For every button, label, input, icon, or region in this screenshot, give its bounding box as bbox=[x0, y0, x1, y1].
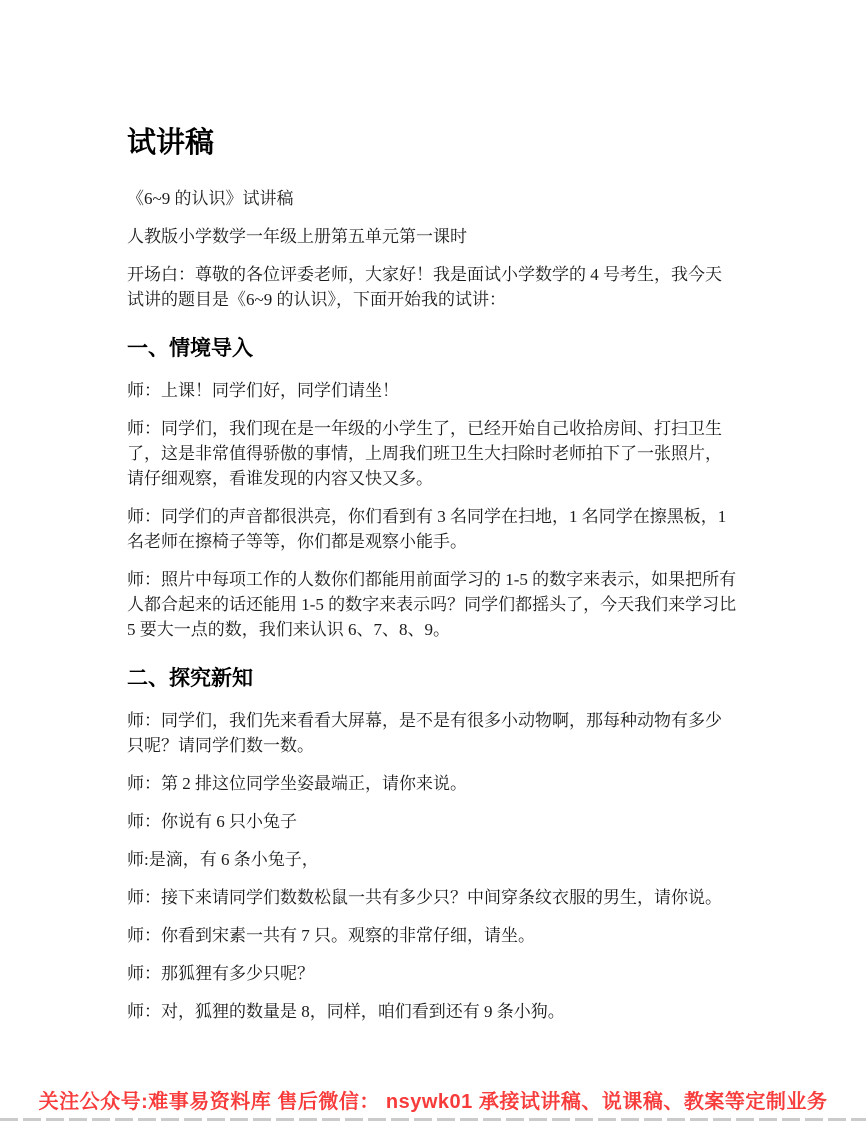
document-title: 试讲稿 bbox=[127, 126, 737, 161]
paragraph: 师：你看到宋素一共有 7 只。观察的非常仔细，请坐。 bbox=[127, 923, 737, 948]
document-content: 试讲稿 《6~9 的认识》试讲稿 人教版小学数学一年级上册第五单元第一课时 开场… bbox=[127, 126, 737, 1024]
section-heading-2: 二、探究新知 bbox=[127, 665, 737, 692]
document-page: 试讲稿 《6~9 的认识》试讲稿 人教版小学数学一年级上册第五单元第一课时 开场… bbox=[0, 0, 866, 1024]
paragraph: 师：上课！同学们好，同学们请坐！ bbox=[127, 378, 737, 403]
page-bottom-edge bbox=[0, 1118, 866, 1121]
paragraph: 师：同学们的声音都很洪亮，你们看到有 3 名同学在扫地，1 名同学在擦黑板，1 … bbox=[127, 504, 737, 554]
promo-footer-text: 关注公众号:难事易资料库 售后微信： nsywk01 承接试讲稿、说课稿、教案等… bbox=[0, 1085, 866, 1114]
paragraph: 师：第 2 排这位同学坐姿最端正，请你来说。 bbox=[127, 771, 737, 796]
paragraph: 师：同学们，我们先来看看大屏幕，是不是有很多小动物啊，那每种动物有多少只呢？请同… bbox=[127, 708, 737, 758]
section-heading-1: 一、情境导入 bbox=[127, 335, 737, 362]
paragraph: 师：接下来请同学们数数松鼠一共有多少只？中间穿条纹衣服的男生，请你说。 bbox=[127, 885, 737, 910]
paragraph: 师：你说有 6 只小兔子 bbox=[127, 809, 737, 834]
paragraph: 师:是滴，有 6 条小兔子， bbox=[127, 847, 737, 872]
paragraph: 师：那狐狸有多少只呢？ bbox=[127, 961, 737, 986]
paragraph: 师：同学们，我们现在是一年级的小学生了，已经开始自己收拾房间、打扫卫生了，这是非… bbox=[127, 416, 737, 491]
paragraph-opening: 开场白：尊敬的各位评委老师，大家好！我是面试小学数学的 4 号考生，我今天试讲的… bbox=[127, 262, 737, 312]
paragraph: 师：照片中每项工作的人数你们都能用前面学习的 1-5 的数字来表示，如果把所有人… bbox=[127, 567, 737, 642]
paragraph-textbook-info: 人教版小学数学一年级上册第五单元第一课时 bbox=[127, 224, 737, 249]
paragraph-subtitle: 《6~9 的认识》试讲稿 bbox=[127, 186, 737, 211]
paragraph: 师：对，狐狸的数量是 8，同样，咱们看到还有 9 条小狗。 bbox=[127, 999, 737, 1024]
